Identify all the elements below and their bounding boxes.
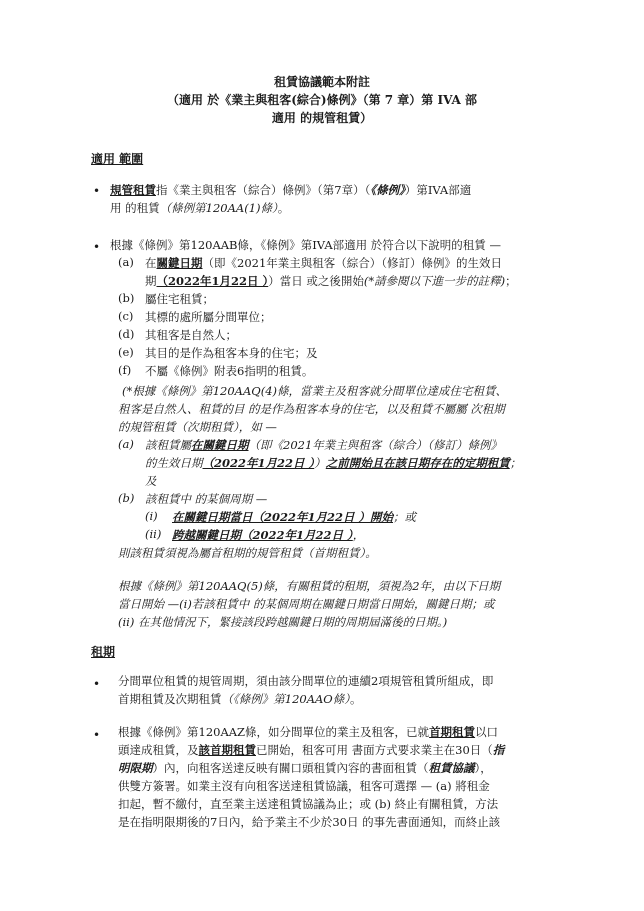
list-label: (f)	[118, 363, 131, 377]
text-run: 的生效日期	[145, 456, 203, 470]
text-run: 跨越關鍵日期（2022年1月22日 ）	[172, 528, 353, 542]
text-run: 扣起，暫不繳付，直至業主送達租賃協議為止；或 (b) 終止有關租賃，方法	[118, 797, 498, 811]
text-run: （2022年1月22日 ）	[157, 274, 269, 288]
text-run: 在關鍵日期當日（2022年1月22日 ）開始	[172, 510, 393, 524]
text-run: 已開始，租客可用 書面方式要求業主在30日（	[256, 743, 493, 757]
text-run: 頭達成租賃，及	[118, 743, 199, 757]
note-para2-line: 根據《條例》第120AAQ(5)條，有關租賃的租期，須視為2年，由以下日期	[118, 578, 500, 594]
text-run: 關鍵日期	[157, 256, 203, 270]
text-run: (*請參閱以下進一步的註釋)	[364, 274, 505, 288]
text-run: ），	[475, 761, 492, 775]
list-item-text: 在關鍵日期（即《2021年業主與租客（綜合）（修訂）條例》的生效日	[145, 255, 502, 271]
text-run: 租賃協議	[429, 761, 475, 775]
text-run: 在關鍵日期	[191, 438, 249, 452]
bullet-text-line: 明限期）內，向租客送達反映有關口頭租賃內容的書面租賃（租賃協議），	[118, 760, 492, 776]
note-conclusion: 則該租賃須視為屬首租期的規管租賃（首期租賃）。	[118, 545, 377, 561]
text-run: 是在指明限期後的7日內，給予業主不少於30日 的事先書面通知，而終止該	[118, 815, 500, 829]
list-label: (e)	[118, 345, 134, 359]
list-label: (b)	[118, 291, 134, 305]
note-line: 的規管租賃（次期租賃），如 —	[118, 419, 277, 435]
note-label-b: (b)	[118, 491, 134, 505]
text-run: ）第IVA部適	[405, 183, 471, 197]
text-run: 用 的租賃	[110, 201, 160, 215]
document-title-line: 租賃協議範本附註	[0, 73, 644, 91]
document-page: 租賃協議範本附註（適用 於《業主與租客(綜合)條例》（第 7 章）第 IVA 部…	[0, 0, 644, 911]
bullet-icon: •	[93, 184, 100, 198]
bullet-text-line: 首期租賃及次期租賃（《條例》第120AAO條）。	[118, 691, 362, 707]
text-run: （即《2021年業主與租客（綜合）（修訂）條例》的生效日	[203, 256, 503, 270]
text-run: ）當日 或之後開始	[268, 274, 364, 288]
bullet-text-line: 供雙方簽署。如業主沒有向租客送達租賃協議，租客可選擇 — (a) 將租金	[118, 778, 490, 794]
bullet-text-line: 規管租賃指《業主與租客（綜合）條例》（第7章）（《條例》）第IVA部適	[110, 182, 471, 198]
text-run: 指	[493, 743, 505, 757]
list-item-text: 屬住宅租賃；	[145, 291, 214, 307]
note-para2-line: (ii) 在其他情況下，緊接該段跨越關鍵日期的周期屆滿後的日期。)	[118, 614, 447, 630]
list-item-text: 期（2022年1月22日 ））當日 或之後開始(*請參閱以下進一步的註釋)；	[145, 273, 517, 289]
text-run: 。	[350, 692, 362, 706]
bullet-intro: 根據《條例》第120AAB條，《條例》第IVA部適用 於符合以下說明的租賃 —	[110, 237, 501, 253]
text-run: 指《業主與租客（綜合）條例》（第7章）（	[156, 183, 370, 197]
text-run: 該首期租賃	[199, 743, 257, 757]
text-run: ）內，向租客送達反映有關口頭租賃內容的書面租賃（	[153, 761, 429, 775]
list-item-text: 不屬《條例》附表6指明的租賃。	[145, 363, 313, 379]
note-b-intro: 該租賃中 的某個周期 —	[145, 491, 267, 507]
text-run: 首期租賃及次期租賃	[118, 692, 222, 706]
document-title-line: （適用 於《業主與租客(綜合)條例》（第 7 章）第 IVA 部	[0, 91, 644, 109]
text-run: 。	[278, 201, 290, 215]
section-heading-term: 租期	[91, 643, 115, 660]
text-run: 在	[145, 256, 157, 270]
text-run: 之前開始且在該日期存在的定期租賃	[326, 456, 510, 470]
text-run: （2022年1月22日 ）	[203, 456, 315, 470]
note-sub-text: 在關鍵日期當日（2022年1月22日 ）開始；或	[172, 509, 416, 525]
bullet-text-line: 分間單位租賃的規管周期，須由該分間單位的連續2項規管租賃所組成，即	[118, 673, 493, 689]
note-a-line: 及	[145, 473, 157, 489]
list-label: (c)	[118, 309, 133, 323]
text-run: 及	[145, 474, 157, 488]
text-run: 規管租賃	[110, 183, 156, 197]
text-run: ）	[314, 456, 326, 470]
text-run: 《條例》	[370, 183, 405, 197]
text-run: 明限期	[118, 761, 153, 775]
text-run: 該租賃屬	[145, 438, 191, 452]
text-run: ；	[510, 456, 522, 470]
bullet-text-line: 根據《條例》第120AAZ條，如分間單位的業主及租客，已就首期租賃以口	[118, 724, 498, 740]
list-item-text: 其目的是作為租客本身的住宅；及	[145, 345, 318, 361]
note-sub-label: (ii)	[145, 527, 161, 541]
list-item-text: 其標的處所屬分間單位；	[145, 309, 272, 325]
bullet-text-line: 頭達成租賃，及該首期租賃已開始，租客可用 書面方式要求業主在30日（指	[118, 742, 504, 758]
list-label: (d)	[118, 327, 134, 341]
note-line: (*根據《條例》第120AAQ(4)條，當業主及租客就分間單位達成住宅租賃、	[122, 383, 507, 399]
note-a-line: 該租賃屬在關鍵日期（即《2021年業主與租客（綜合）（修訂）條例》	[145, 437, 502, 453]
list-item-text: 其租客是自然人；	[145, 327, 237, 343]
note-line: 租客是自然人、租賃的目 的是作為租客本身的住宅，以及租賃不屬屬 次租期	[118, 401, 505, 417]
text-run: 以口	[475, 725, 498, 739]
text-run: ；	[505, 274, 517, 288]
note-sub-label: (i)	[145, 509, 158, 523]
bullet-text-line: 扣起，暫不繳付，直至業主送達租賃協議為止；或 (b) 終止有關租賃，方法	[118, 796, 498, 812]
list-label: (a)	[118, 255, 134, 269]
bullet-icon: •	[93, 240, 100, 254]
note-label-a: (a)	[118, 437, 134, 451]
text-run: ，	[353, 528, 365, 542]
text-run: 根據《條例》第120AAZ條，如分間單位的業主及租客，已就	[118, 725, 429, 739]
text-run: 期	[145, 274, 157, 288]
section-heading-scope: 適用 範圍	[91, 150, 143, 167]
bullet-icon: •	[93, 728, 100, 742]
note-para2-line: 當日開始 —(i)若該租賃中 的某個周期在關鍵日期當日開始，關鍵日期；或	[118, 596, 494, 612]
bullet-text-line: 是在指明限期後的7日內，給予業主不少於30日 的事先書面通知，而終止該	[118, 814, 500, 830]
text-run: （《條例》第120AAO條）	[222, 692, 351, 706]
text-run: （即《2021年業主與租客（綜合）（修訂）條例》	[249, 438, 503, 452]
note-a-line: 的生效日期（2022年1月22日 ））之前開始且在該日期存在的定期租賃；	[145, 455, 521, 471]
document-title-line: 適用 的規管租賃）	[0, 109, 644, 127]
text-run: 供雙方簽署。如業主沒有向租客送達租賃協議，租客可選擇 — (a) 將租金	[118, 779, 490, 793]
text-run: ；或	[393, 510, 416, 524]
note-sub-text: 跨越關鍵日期（2022年1月22日 ），	[172, 527, 364, 543]
bullet-text-line: 用 的租賃（條例第120AA(1)條）。	[110, 200, 289, 216]
text-run: 分間單位租賃的規管周期，須由該分間單位的連續2項規管租賃所組成，即	[118, 674, 493, 688]
text-run: （條例第120AA(1)條）	[160, 201, 278, 215]
text-run: 首期租賃	[429, 725, 475, 739]
bullet-icon: •	[93, 677, 100, 691]
